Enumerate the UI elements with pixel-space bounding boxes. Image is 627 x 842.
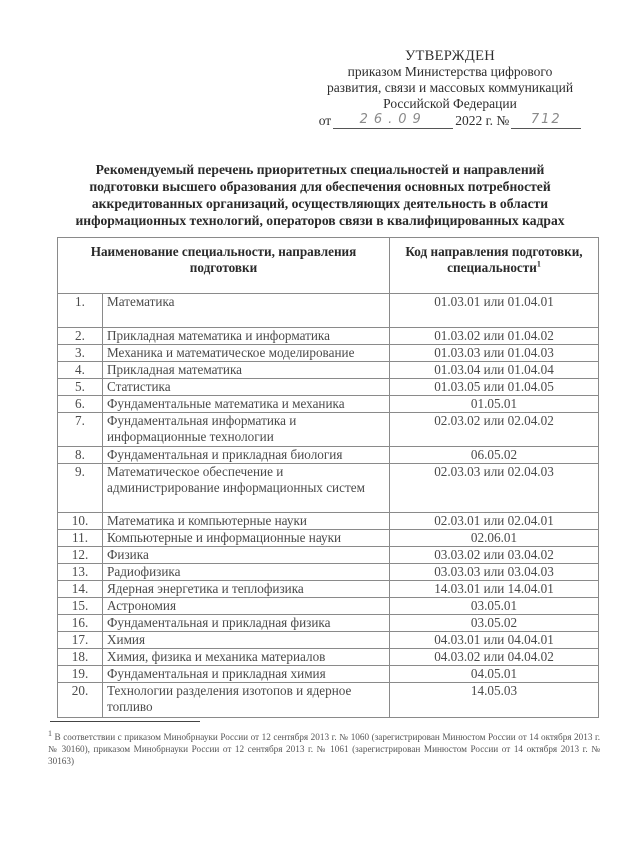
cell-name: Радиофизика [103, 564, 390, 581]
cell-code: 02.06.01 [390, 530, 599, 547]
cell-num: 12. [58, 547, 103, 564]
specialties-table: Наименование специальности, направления … [57, 237, 599, 718]
cell-num: 14. [58, 581, 103, 598]
cell-name: Фундаментальная и прикладная химия [103, 666, 390, 683]
cell-num: 10. [58, 513, 103, 530]
cell-name: Ядерная энергетика и теплофизика [103, 581, 390, 598]
cell-code: 04.03.01 или 04.04.01 [390, 632, 599, 649]
cell-code: 01.03.01 или 01.04.01 [390, 294, 599, 328]
cell-num: 13. [58, 564, 103, 581]
cell-num: 15. [58, 598, 103, 615]
cell-name: Технологии разделения изотопов и ядерное… [103, 683, 390, 718]
cell-num: 2. [58, 328, 103, 345]
cell-name: Статистика [103, 379, 390, 396]
cell-num: 4. [58, 362, 103, 379]
cell-num: 5. [58, 379, 103, 396]
table-row: 16.Фундаментальная и прикладная физика03… [58, 615, 599, 632]
footnote-divider [50, 721, 200, 722]
approval-heading: УТВЕРЖДЕН [300, 48, 600, 64]
cell-name: Фундаментальная информатика и информацио… [103, 413, 390, 447]
table-row: 12.Физика03.03.02 или 03.04.02 [58, 547, 599, 564]
cell-num: 6. [58, 396, 103, 413]
approval-date-line: от 26.09 2022 г. № 712 [300, 112, 600, 129]
cell-code: 14.05.03 [390, 683, 599, 718]
handwritten-date: 26.09 [333, 112, 453, 129]
cell-name: Математика и компьютерные науки [103, 513, 390, 530]
approval-line: Российской Федерации [300, 96, 600, 112]
table-row: 9.Математическое обеспечение и администр… [58, 464, 599, 513]
approval-stamp: УТВЕРЖДЕН приказом Министерства цифровог… [300, 48, 600, 129]
table-row: 15.Астрономия03.05.01 [58, 598, 599, 615]
cell-name: Математика [103, 294, 390, 328]
cell-name: Компьютерные и информационные науки [103, 530, 390, 547]
cell-code: 02.03.01 или 02.04.01 [390, 513, 599, 530]
cell-code: 01.03.05 или 01.04.05 [390, 379, 599, 396]
footnote-mark: 1 [537, 260, 541, 269]
cell-name: Химия [103, 632, 390, 649]
cell-code: 03.03.02 или 03.04.02 [390, 547, 599, 564]
cell-num: 9. [58, 464, 103, 513]
cell-code: 14.03.01 или 14.04.01 [390, 581, 599, 598]
document-title: Рекомендуемый перечень приоритетных спец… [60, 161, 580, 229]
cell-name: Химия, физика и механика материалов [103, 649, 390, 666]
year-text: 2022 г. № [455, 113, 509, 129]
header-name: Наименование специальности, направления … [58, 238, 390, 294]
cell-name: Фундаментальная и прикладная физика [103, 615, 390, 632]
table-row: 4.Прикладная математика01.03.04 или 01.0… [58, 362, 599, 379]
cell-name: Физика [103, 547, 390, 564]
cell-code: 06.05.02 [390, 447, 599, 464]
cell-num: 17. [58, 632, 103, 649]
cell-num: 16. [58, 615, 103, 632]
cell-num: 1. [58, 294, 103, 328]
cell-name: Механика и математическое моделирование [103, 345, 390, 362]
table-row: 1.Математика01.03.01 или 01.04.01 [58, 294, 599, 328]
table-row: 2.Прикладная математика и информатика01.… [58, 328, 599, 345]
approval-line: приказом Министерства цифрового [300, 64, 600, 80]
table-row: 11.Компьютерные и информационные науки02… [58, 530, 599, 547]
table-row: 5.Статистика01.03.05 или 01.04.05 [58, 379, 599, 396]
cell-num: 8. [58, 447, 103, 464]
date-prefix: от [319, 113, 331, 129]
footnote-number: 1 [48, 729, 52, 738]
cell-num: 3. [58, 345, 103, 362]
cell-name: Прикладная математика [103, 362, 390, 379]
table-row: 7.Фундаментальная информатика и информац… [58, 413, 599, 447]
cell-code: 02.03.02 или 02.04.02 [390, 413, 599, 447]
cell-code: 03.05.01 [390, 598, 599, 615]
table-header-row: Наименование специальности, направления … [58, 238, 599, 294]
footnote-text: В соответствии с приказом Минобрнауки Ро… [48, 732, 600, 766]
cell-num: 19. [58, 666, 103, 683]
cell-name: Прикладная математика и информатика [103, 328, 390, 345]
table-row: 14.Ядерная энергетика и теплофизика14.03… [58, 581, 599, 598]
cell-name: Астрономия [103, 598, 390, 615]
table-row: 17.Химия04.03.01 или 04.04.01 [58, 632, 599, 649]
cell-name: Фундаментальные математика и механика [103, 396, 390, 413]
cell-code: 02.03.03 или 02.04.03 [390, 464, 599, 513]
cell-num: 20. [58, 683, 103, 718]
cell-name: Фундаментальная и прикладная биология [103, 447, 390, 464]
cell-code: 01.05.01 [390, 396, 599, 413]
cell-num: 18. [58, 649, 103, 666]
handwritten-order-number: 712 [511, 112, 581, 129]
cell-code: 01.03.02 или 01.04.02 [390, 328, 599, 345]
header-code: Код направления подготовки, специальност… [390, 238, 599, 294]
table-row: 3.Механика и математическое моделировани… [58, 345, 599, 362]
cell-num: 7. [58, 413, 103, 447]
cell-code: 04.05.01 [390, 666, 599, 683]
cell-num: 11. [58, 530, 103, 547]
table-row: 10.Математика и компьютерные науки02.03.… [58, 513, 599, 530]
cell-code: 03.03.03 или 03.04.03 [390, 564, 599, 581]
footnote: 1 В соответствии с приказом Минобрнауки … [48, 731, 600, 767]
table-row: 19.Фундаментальная и прикладная химия04.… [58, 666, 599, 683]
table-row: 6.Фундаментальные математика и механика0… [58, 396, 599, 413]
cell-code: 03.05.02 [390, 615, 599, 632]
approval-line: развития, связи и массовых коммуникаций [300, 80, 600, 96]
cell-code: 01.03.04 или 01.04.04 [390, 362, 599, 379]
table-row: 20.Технологии разделения изотопов и ядер… [58, 683, 599, 718]
table-row: 13.Радиофизика03.03.03 или 03.04.03 [58, 564, 599, 581]
table-row: 18.Химия, физика и механика материалов04… [58, 649, 599, 666]
cell-code: 04.03.02 или 04.04.02 [390, 649, 599, 666]
cell-code: 01.03.03 или 01.04.03 [390, 345, 599, 362]
table-row: 8.Фундаментальная и прикладная биология0… [58, 447, 599, 464]
cell-name: Математическое обеспечение и администрир… [103, 464, 390, 513]
